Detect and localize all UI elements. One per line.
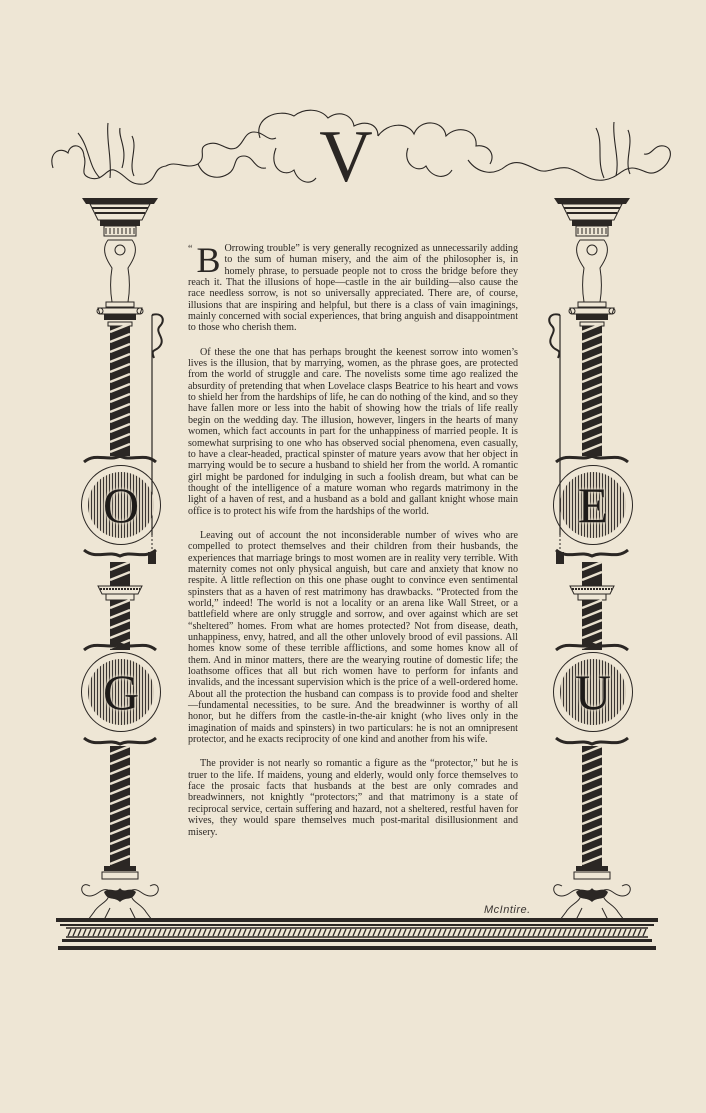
right-column-drawing — [542, 190, 642, 930]
opening-quote: “ — [188, 244, 192, 255]
vignette-page: V — [0, 0, 706, 1113]
medallion-e: E — [553, 465, 633, 545]
drop-cap: B — [196, 246, 220, 274]
right-ornamental-column: E U — [542, 190, 642, 930]
medallion-o: O — [81, 465, 161, 545]
left-column-drawing — [70, 190, 170, 930]
paragraph-4: The provider is not nearly so romantic a… — [188, 758, 518, 837]
artist-signature: McIntire. — [484, 904, 531, 916]
medallion-g: G — [81, 652, 161, 732]
article-body: “BOrrowing trouble” is very generally re… — [188, 243, 518, 851]
title-initial-letter: V — [316, 120, 376, 194]
paragraph-1: “BOrrowing trouble” is very generally re… — [188, 243, 518, 334]
left-ornamental-column: O G — [70, 190, 170, 930]
paragraph-3: Leaving out of account the not inconside… — [188, 530, 518, 746]
ornamental-base-molding — [56, 918, 658, 950]
paragraph-2: Of these the one that has perhaps brough… — [188, 347, 518, 517]
medallion-u: U — [553, 652, 633, 732]
